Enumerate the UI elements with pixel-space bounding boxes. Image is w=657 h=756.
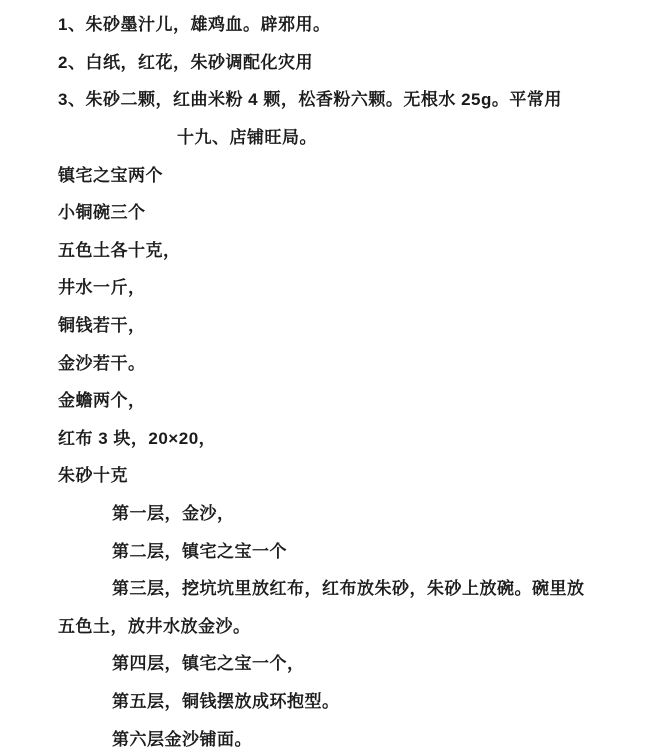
text-line: 第三层，挖坑坑里放红布，红布放朱砂，朱砂上放碗。碗里放 — [0, 568, 657, 606]
text-line: 第五层，铜钱摆放成环抱型。 — [0, 681, 657, 719]
text-line: 小铜碗三个 — [0, 192, 657, 230]
text-line: 第一层，金沙， — [0, 493, 657, 531]
text-line: 第二层，镇宅之宝一个 — [0, 530, 657, 568]
text-line: 2、白纸，红花，朱砂调配化灾用 — [0, 42, 657, 80]
text-line: 3、朱砂二颗，红曲米粉 4 颗，松香粉六颗。无根水 25g。平常用 — [0, 79, 657, 117]
text-line: 镇宅之宝两个 — [0, 154, 657, 192]
document-body: 1、朱砂墨汁儿，雄鸡血。辟邪用。2、白纸，红花，朱砂调配化灾用3、朱砂二颗，红曲… — [0, 4, 657, 756]
text-line: 五色土，放井水放金沙。 — [0, 606, 657, 644]
text-line: 铜钱若干， — [0, 305, 657, 343]
text-line: 十九、店铺旺局。 — [0, 117, 657, 155]
text-line: 第四层，镇宅之宝一个， — [0, 643, 657, 681]
text-line: 朱砂十克 — [0, 455, 657, 493]
text-line: 金蟾两个， — [0, 380, 657, 418]
text-line: 红布 3 块，20×20， — [0, 418, 657, 456]
text-line: 1、朱砂墨汁儿，雄鸡血。辟邪用。 — [0, 4, 657, 42]
text-line: 五色土各十克， — [0, 230, 657, 268]
text-line: 第六层金沙铺面。 — [0, 718, 657, 756]
document-page: 1、朱砂墨汁儿，雄鸡血。辟邪用。2、白纸，红花，朱砂调配化灾用3、朱砂二颗，红曲… — [0, 0, 657, 756]
text-line: 金沙若干。 — [0, 342, 657, 380]
text-line: 井水一斤， — [0, 267, 657, 305]
